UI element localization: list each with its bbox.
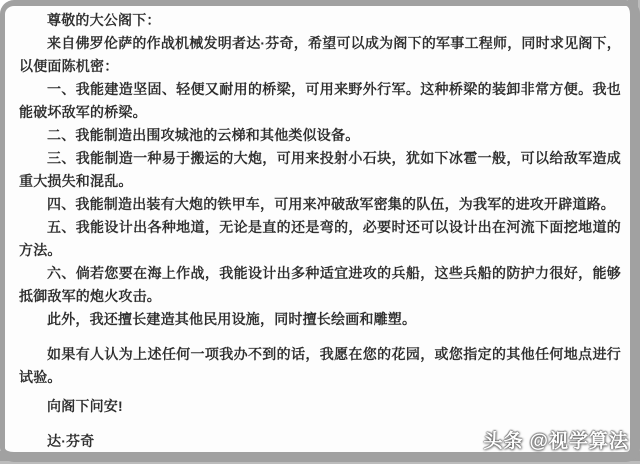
letter-paragraph: 二、我能制造出围攻城池的云梯和其他类似设备。: [19, 124, 621, 147]
letter-paragraph: 三、我能制造一种易于搬运的大炮，可用来投射小石块，犹如下冰雹一般，可以给敌军造成…: [19, 147, 621, 193]
letter-salutation: 尊敬的大公阁下：: [19, 9, 621, 32]
letter-paragraph: 此外，我还擅长建造其他民用设施，同时擅长绘画和雕塑。: [19, 308, 621, 331]
letter-paragraph: 六、倘若您要在海上作战，我能设计出多种适宜进攻的兵船，这些兵船的防护力很好，能够…: [19, 262, 621, 308]
watermark-account: @视学算法: [529, 431, 629, 452]
letter-paragraph: 来自佛罗伦萨的作战机械发明者达·芬奇，希望可以成为阁下的军事工程师，同时求见阁下…: [19, 32, 621, 78]
letter-paragraph: 如果有人认为上述任何一项我办不到的话，我愿在您的花园，或您指定的其他任何地点进行…: [19, 343, 621, 389]
watermark: 头条@视学算法: [483, 426, 629, 453]
letter-closing: 向阁下问安!: [19, 395, 621, 418]
letter-body: 尊敬的大公阁下： 来自佛罗伦萨的作战机械发明者达·芬奇，希望可以成为阁下的军事工…: [5, 6, 630, 453]
page: 尊敬的大公阁下： 来自佛罗伦萨的作战机械发明者达·芬奇，希望可以成为阁下的军事工…: [0, 0, 640, 464]
letter-paragraph: 一、我能建造坚固、轻便又耐用的桥梁，可用来野外行军。这种桥梁的装卸非常方便。我也…: [19, 78, 621, 124]
watermark-platform-logo: 头条: [483, 431, 523, 452]
letter-paragraph: 四、我能制造出装有大炮的铁甲车，可用来冲破敌军密集的队伍，为我军的进攻开辟道路。: [19, 193, 621, 216]
letter-paragraph: 五、我能设计出各种地道，无论是直的还是弯的，必要时还可以设计出在河流下面挖地道的…: [19, 216, 621, 262]
letter-card: 尊敬的大公阁下： 来自佛罗伦萨的作战机械发明者达·芬奇，希望可以成为阁下的军事工…: [0, 0, 640, 462]
